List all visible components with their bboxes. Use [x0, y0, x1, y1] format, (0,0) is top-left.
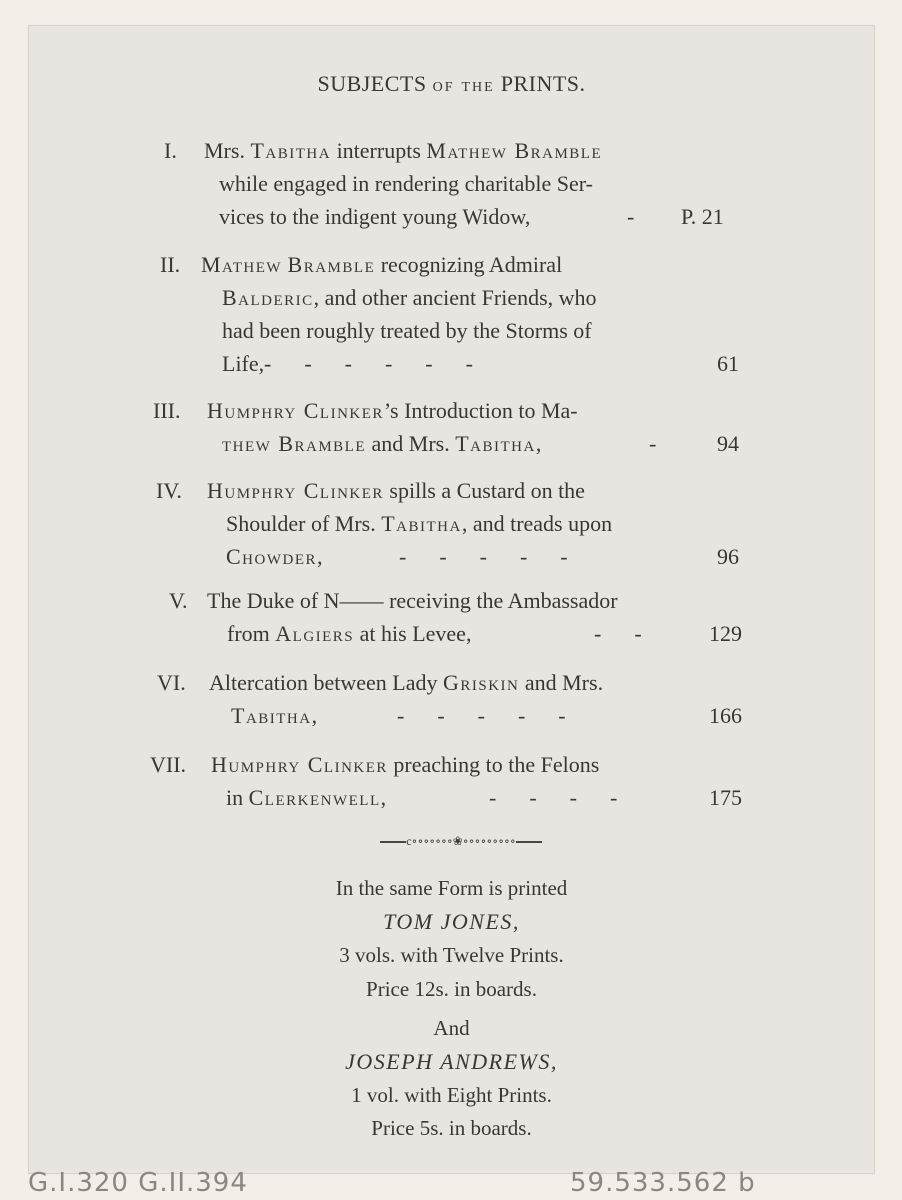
title-subjects: SUBJECTS: [317, 71, 426, 96]
entry-line: Mathew Bramble recognizing Admiral: [201, 248, 562, 281]
page-number: 94: [717, 427, 739, 460]
leader-dashes: - - - - -: [399, 540, 568, 573]
leader-dashes: - - - -: [489, 781, 617, 814]
leader-dashes: - - - - - -: [264, 347, 473, 380]
entry-line: while engaged in rendering charitable Se…: [219, 167, 593, 200]
entry-numeral: I.: [164, 134, 177, 167]
entry-line: vices to the indigent young Widow,: [219, 200, 530, 233]
page-title: SUBJECTS of the PRINTS.: [29, 71, 874, 97]
page-number: 96: [717, 540, 739, 573]
entry-numeral: VII.: [150, 748, 186, 781]
entry-line: Balderic, and other ancient Friends, who: [222, 281, 597, 314]
catalog-number-left: G.I.320 G.II.394: [28, 1168, 248, 1198]
entry-line: Altercation between Lady Griskin and Mrs…: [209, 666, 603, 699]
leader-dashes: -: [649, 427, 656, 460]
advert-and: And: [29, 1016, 874, 1041]
advert-title-tom-jones: TOM JONES,: [29, 909, 874, 935]
entry-line: Humphry Clinker spills a Custard on the: [207, 474, 585, 507]
entry-numeral: II.: [160, 248, 180, 281]
page-number: 166: [709, 699, 742, 732]
entry-line: The Duke of N—— receiving the Ambassador: [207, 584, 618, 617]
entry-line: in Clerkenwell,: [226, 781, 386, 814]
advert-intro: In the same Form is printed: [29, 876, 874, 901]
page-number: P. 21: [681, 200, 724, 233]
ornament-divider-icon: c∘∘∘∘∘∘∘❀∘∘∘∘∘∘∘∘∘: [371, 834, 551, 854]
entry-line: Shoulder of Mrs. Tabitha, and treads upo…: [226, 507, 612, 540]
page-number: 129: [709, 617, 742, 650]
entry-line: thew Bramble and Mrs. Tabitha,: [222, 427, 541, 460]
entry-numeral: IV.: [156, 474, 182, 507]
entry-line: Humphry Clinker preaching to the Felons: [211, 748, 599, 781]
entry-numeral: V.: [169, 584, 188, 617]
advert-title-joseph-andrews: JOSEPH ANDREWS,: [29, 1049, 874, 1075]
entry-line: from Algiers at his Levee,: [227, 617, 471, 650]
entry-line: Chowder,: [226, 540, 323, 573]
advert-volumes-1: 3 vols. with Twelve Prints.: [29, 943, 874, 968]
catalog-number-right: 59.533.562 b: [570, 1168, 756, 1198]
title-prints: PRINTS.: [501, 71, 586, 96]
leader-dashes: - -: [594, 617, 642, 650]
leader-dashes: - - - - -: [397, 699, 566, 732]
leader-dashes: -: [627, 200, 634, 233]
entry-numeral: VI.: [157, 666, 186, 699]
entry-line: had been roughly treated by the Storms o…: [222, 314, 592, 347]
entry-line: Life,: [222, 347, 264, 380]
entry-line: Tabitha,: [231, 699, 317, 732]
page-number: 61: [717, 347, 739, 380]
advert-volumes-2: 1 vol. with Eight Prints.: [29, 1083, 874, 1108]
printed-page: SUBJECTS of the PRINTS. I.Mrs. Tabitha i…: [28, 25, 875, 1174]
page-number: 175: [709, 781, 742, 814]
entry-line: Humphry Clinker’s Introduction to Ma-: [207, 394, 578, 427]
advert-price-1: Price 12s. in boards.: [29, 977, 874, 1002]
entry-line: Mrs. Tabitha interrupts Mathew Bramble: [204, 134, 602, 167]
title-of-the: of the: [433, 74, 495, 96]
entry-numeral: III.: [153, 394, 180, 427]
advert-price-2: Price 5s. in boards.: [29, 1116, 874, 1141]
